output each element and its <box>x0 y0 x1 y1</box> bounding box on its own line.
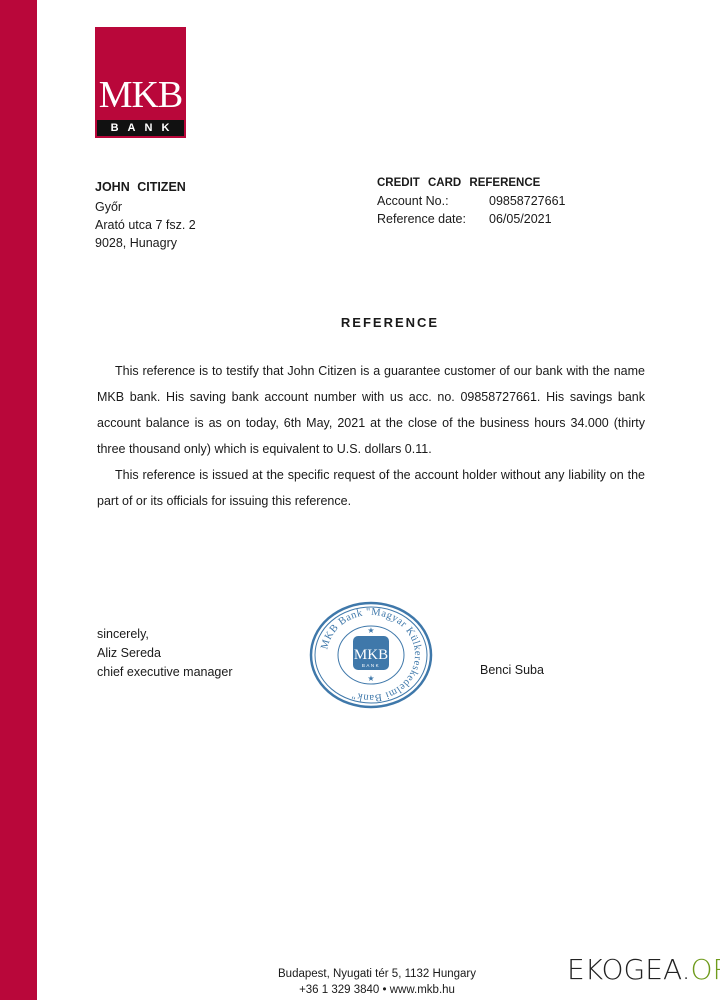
signer-name: Aliz Sereda <box>97 644 233 663</box>
account-number-row: Account No.: 09858727661 <box>377 192 565 210</box>
cosigner-name: Benci Suba <box>480 663 544 677</box>
account-number-value: 09858727661 <box>489 192 565 210</box>
recipient-name: JOHN CITIZEN <box>95 178 196 196</box>
svg-text:BANK: BANK <box>362 663 380 668</box>
reference-box: CREDIT CARD REFERENCE Account No.: 09858… <box>377 174 565 228</box>
footer-contact: Budapest, Nyugati tér 5, 1132 Hungary +3… <box>262 966 492 998</box>
reference-date-label: Reference date: <box>377 210 489 228</box>
body-paragraph-1: This reference is to testify that John C… <box>97 358 645 462</box>
recipient-address: JOHN CITIZEN Győr Arató utca 7 fsz. 2 90… <box>95 178 196 252</box>
recipient-city: Győr <box>95 198 196 216</box>
reference-date-value: 06/05/2021 <box>489 210 552 228</box>
signature-block: sincerely, Aliz Sereda chief executive m… <box>97 625 233 682</box>
recipient-street: Arató utca 7 fsz. 2 <box>95 216 196 234</box>
footer-address: Budapest, Nyugati tér 5, 1132 Hungary <box>262 966 492 982</box>
mkb-bank-logo: MKB BANK <box>95 27 186 138</box>
reference-date-row: Reference date: 06/05/2021 <box>377 210 565 228</box>
watermark-name: EKOGEA. <box>567 953 691 986</box>
body-paragraph-2: This reference is issued at the specific… <box>97 462 645 514</box>
reference-box-title: CREDIT CARD REFERENCE <box>377 174 565 192</box>
seal-icon: MKB Bank "Magyar Külkereskedelmi Bank" M… <box>309 601 433 709</box>
closing: sincerely, <box>97 625 233 644</box>
bank-seal-stamp: MKB Bank "Magyar Külkereskedelmi Bank" M… <box>309 601 433 709</box>
watermark-tld: ORG <box>691 953 720 986</box>
document-heading: REFERENCE <box>0 315 720 330</box>
account-number-label: Account No.: <box>377 192 489 210</box>
logo-mkb-text: MKB <box>95 73 186 117</box>
recipient-postal: 9028, Hunagry <box>95 234 196 252</box>
svg-text:MKB: MKB <box>354 647 388 663</box>
red-side-bar <box>0 0 37 1000</box>
document-body: This reference is to testify that John C… <box>97 358 645 514</box>
svg-text:★: ★ <box>367 674 374 683</box>
signer-title: chief executive manager <box>97 663 233 682</box>
logo-bank-band: BANK <box>97 120 184 136</box>
svg-text:★: ★ <box>367 626 374 635</box>
watermark-ekogea: EKOGEA.ORG <box>567 953 720 986</box>
footer-phone-web: +36 1 329 3840 • www.mkb.hu <box>262 982 492 998</box>
